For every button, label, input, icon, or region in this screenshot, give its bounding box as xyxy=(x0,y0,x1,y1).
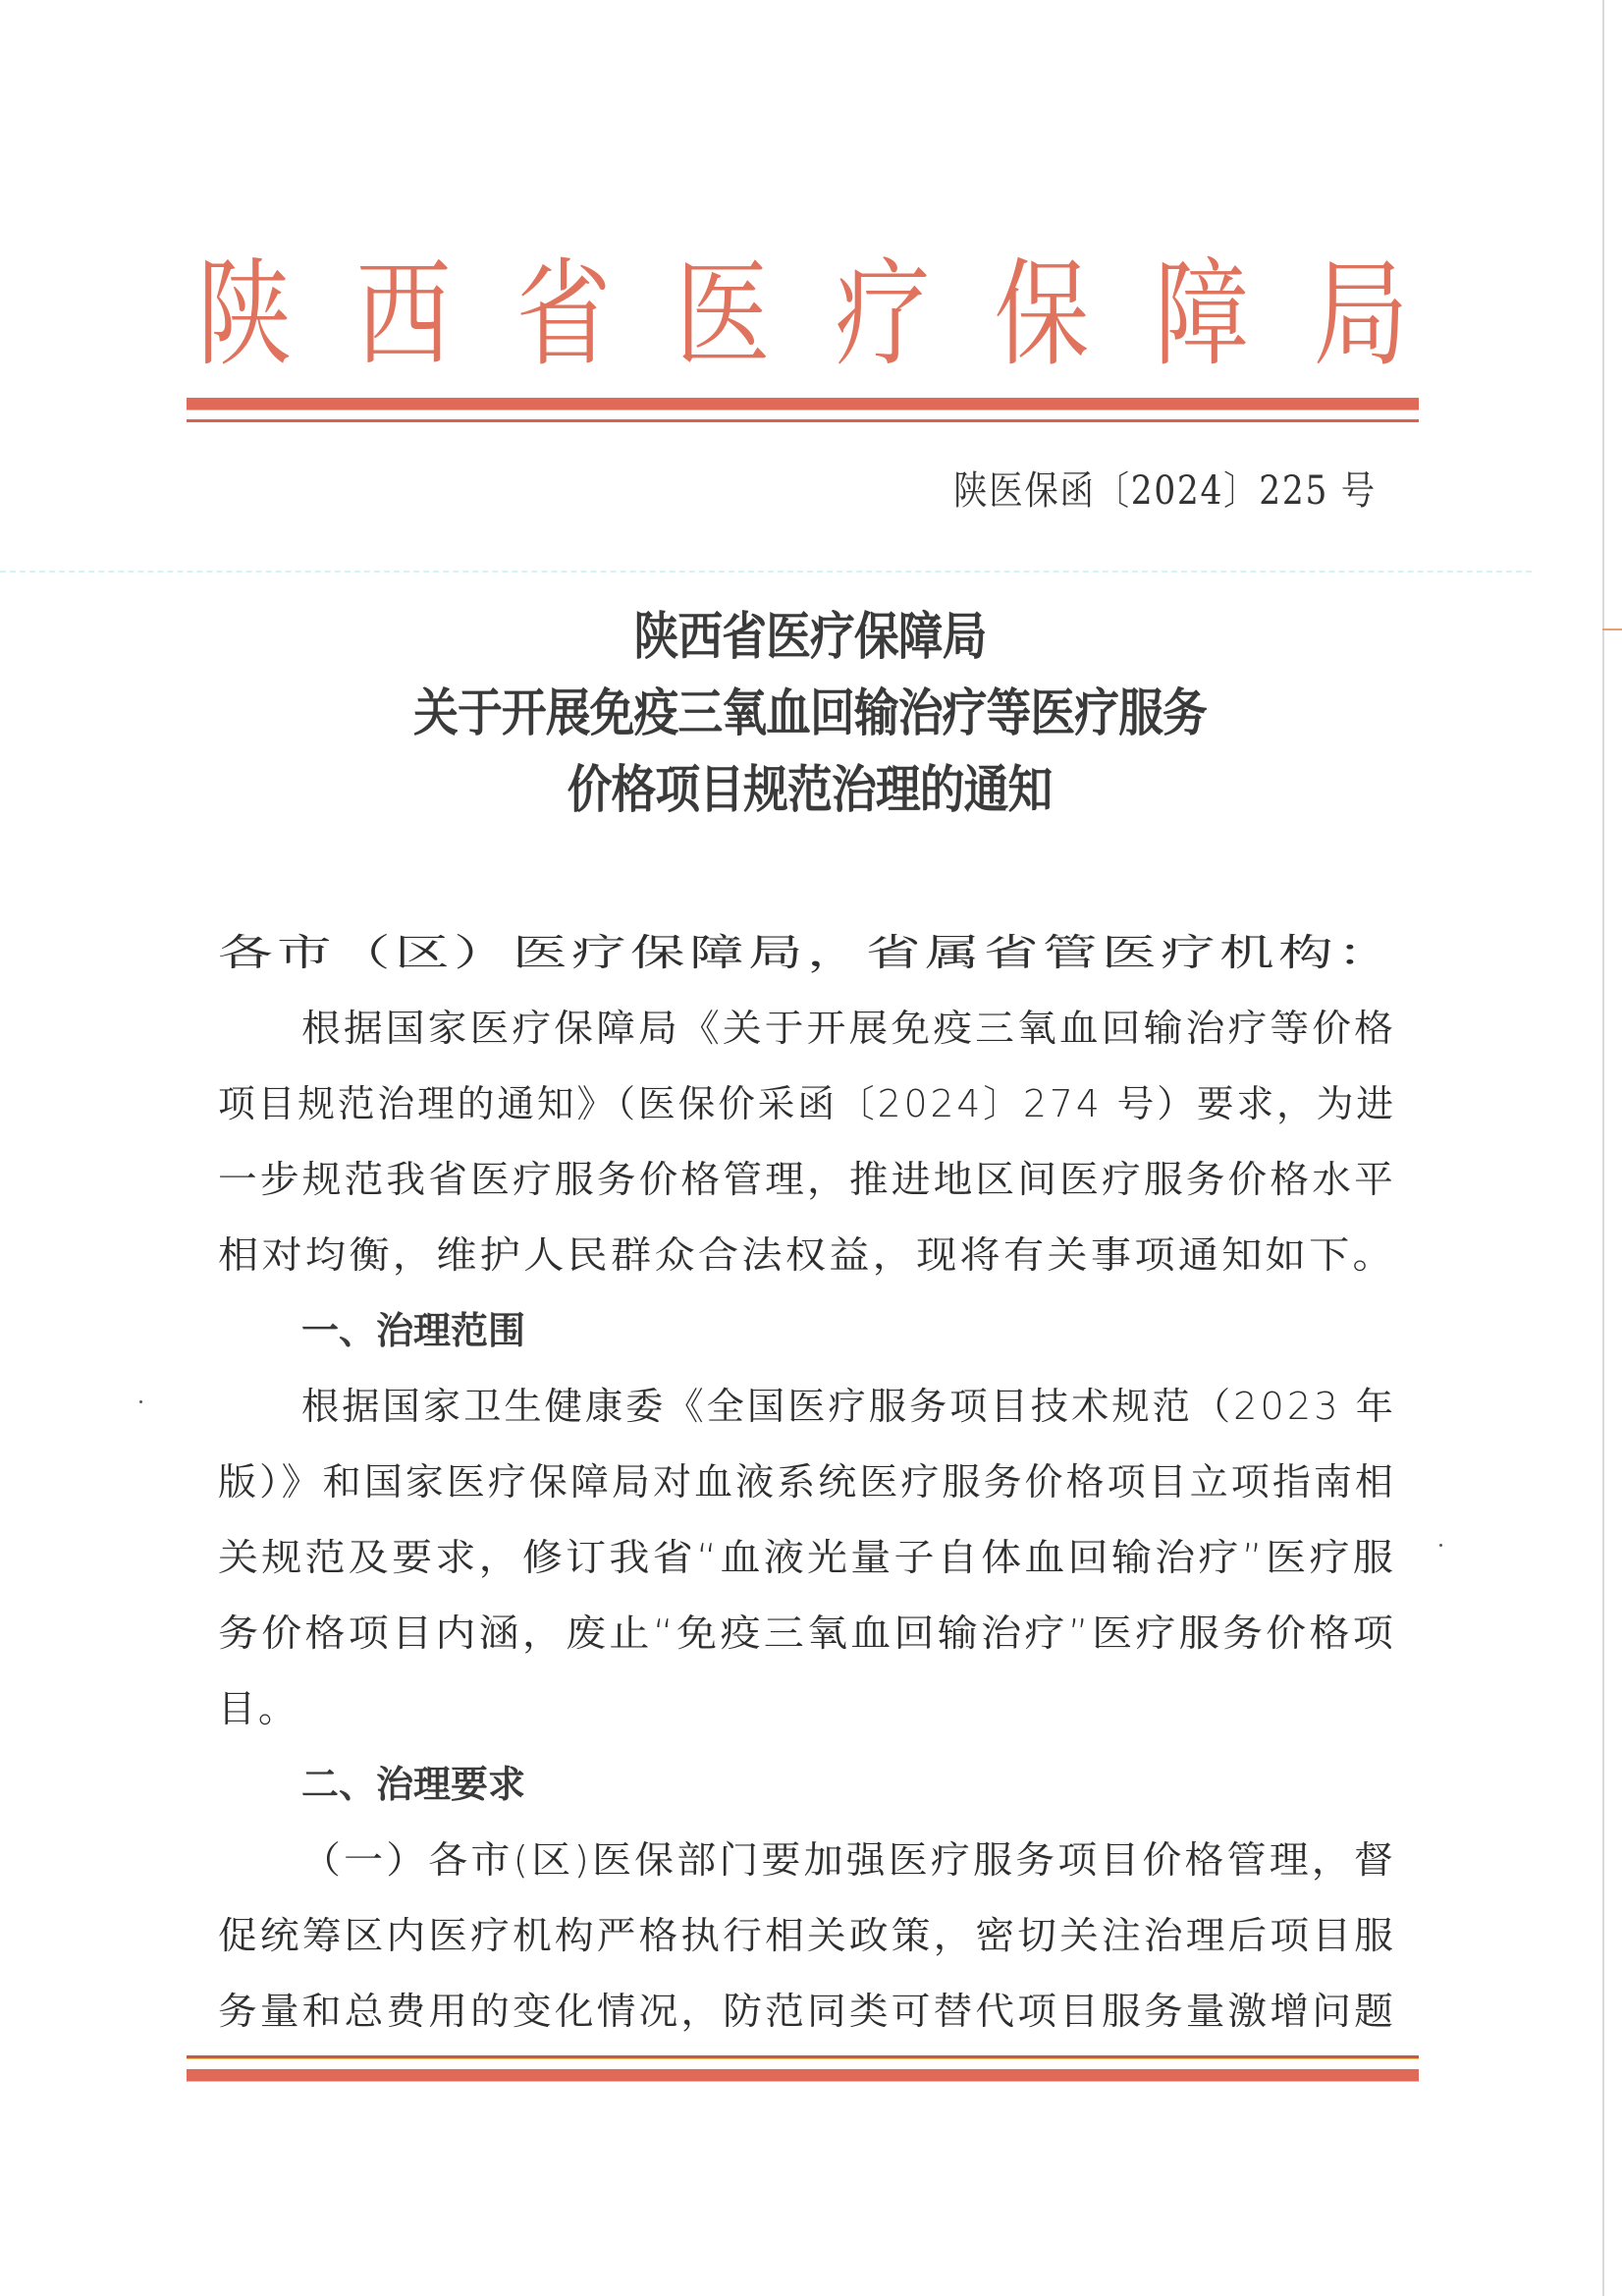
body-line: 相对均衡，维护人民群众合法权益，现将有关事项通知如下。 xyxy=(218,1218,1396,1293)
salutation: 各市（区）医疗保障局，省属省管医疗机构： xyxy=(218,915,1396,991)
title-line-text: 陕西省医疗保障局 xyxy=(633,599,986,676)
body-line: 务量和总费用的变化情况，防范同类可替代项目服务量激增问题 xyxy=(218,1974,1396,2050)
body-line-text: 一步规范我省医疗服务价格管理，推进地区间医疗服务价格水平 xyxy=(218,1142,1396,1218)
masthead: 陕 西 省 医 疗 保 障 局 xyxy=(187,246,1419,383)
document-page: 陕 西 省 医 疗 保 障 局 陕医保函〔2024〕225 号 陕西省医疗保障局… xyxy=(0,0,1622,2296)
body-line-text: 关规范及要求，修订我省“血液光量子自体血回输治疗”医疗服 xyxy=(218,1520,1396,1596)
footer-rule-thin xyxy=(187,2055,1419,2058)
scan-artifact-line xyxy=(0,571,1532,573)
title-line: 价格项目规范治理的通知 xyxy=(177,752,1443,829)
body-line-text: 项目规范治理的通知》（医保价采函〔2024〕274 号）要求，为进 xyxy=(218,1066,1396,1142)
section-heading-scope: 一、治理范围 xyxy=(218,1293,1396,1369)
section-heading-text: 二、治理要求 xyxy=(301,1747,525,1823)
masthead-char: 医 xyxy=(676,246,771,383)
section-heading-text: 一、治理范围 xyxy=(301,1293,525,1369)
body-line: 关规范及要求，修订我省“血液光量子自体血回输治疗”医疗服 xyxy=(218,1520,1396,1596)
body-line: 一步规范我省医疗服务价格管理，推进地区间医疗服务价格水平 xyxy=(218,1142,1396,1218)
scan-edge-mark xyxy=(1602,629,1622,630)
scan-speck xyxy=(1439,1544,1442,1547)
body-line: 根据国家医疗保障局《关于开展免疫三氧血回输治疗等价格 xyxy=(218,991,1396,1066)
body-line: 项目规范治理的通知》（医保价采函〔2024〕274 号）要求，为进 xyxy=(218,1066,1396,1142)
title-line-text: 价格项目规范治理的通知 xyxy=(568,752,1053,829)
scan-speck xyxy=(139,1400,142,1403)
body-line-text: 促统筹区内医疗机构严格执行相关政策，密切关注治理后项目服 xyxy=(218,1898,1396,1974)
masthead-char: 障 xyxy=(1154,246,1249,383)
footer-rule-thick xyxy=(187,2069,1419,2081)
body-line-text: （一）各市(区)医保部门要加强医疗服务项目价格管理，督 xyxy=(301,1823,1396,1898)
body-line-text: 务量和总费用的变化情况，防范同类可替代项目服务量激增问题 xyxy=(218,1974,1396,2050)
body-line-text: 根据国家卫生健康委《全国医疗服务项目技术规范（2023 年 xyxy=(301,1369,1396,1445)
section-heading-requirements: 二、治理要求 xyxy=(218,1747,1396,1823)
body-line: 根据国家卫生健康委《全国医疗服务项目技术规范（2023 年 xyxy=(218,1369,1396,1445)
header-rule-thin xyxy=(187,419,1419,422)
masthead-char: 局 xyxy=(1314,246,1409,383)
title-line: 关于开展免疫三氧血回输治疗等医疗服务 xyxy=(177,676,1443,752)
masthead-char: 陕 xyxy=(197,246,293,383)
body-line: 版）》和国家医疗保障局对血液系统医疗服务价格项目立项指南相 xyxy=(218,1445,1396,1520)
title-line: 陕西省医疗保障局 xyxy=(177,599,1443,676)
body-line: （一）各市(区)医保部门要加强医疗服务项目价格管理，督 xyxy=(218,1823,1396,1898)
body-line-text: 根据国家医疗保障局《关于开展免疫三氧血回输治疗等价格 xyxy=(301,991,1396,1066)
document-body: 各市（区）医疗保障局，省属省管医疗机构： 根据国家医疗保障局《关于开展免疫三氧血… xyxy=(218,915,1396,2050)
body-line-text: 版）》和国家医疗保障局对血液系统医疗服务价格项目立项指南相 xyxy=(218,1445,1396,1520)
header-rule-thick xyxy=(187,398,1419,410)
scan-edge-line xyxy=(1602,0,1604,2296)
body-line-text: 务价格项目内涵，废止“免疫三氧血回输治疗”医疗服务价格项 xyxy=(218,1596,1396,1671)
masthead-char: 保 xyxy=(995,246,1090,383)
title-line-text: 关于开展免疫三氧血回输治疗等医疗服务 xyxy=(413,676,1207,752)
body-line-text: 目。 xyxy=(218,1671,298,1747)
body-line-text: 相对均衡，维护人民群众合法权益，现将有关事项通知如下。 xyxy=(218,1218,1396,1293)
body-line: 促统筹区内医疗机构严格执行相关政策，密切关注治理后项目服 xyxy=(218,1898,1396,1974)
body-line: 目。 xyxy=(218,1671,1396,1747)
masthead-char: 疗 xyxy=(835,246,930,383)
masthead-char: 西 xyxy=(356,246,452,383)
salutation-text: 各市（区）医疗保障局，省属省管医疗机构： xyxy=(218,915,1396,991)
body-line: 务价格项目内涵，废止“免疫三氧血回输治疗”医疗服务价格项 xyxy=(218,1596,1396,1671)
masthead-char: 省 xyxy=(515,246,611,383)
document-title: 陕西省医疗保障局 关于开展免疫三氧血回输治疗等医疗服务 价格项目规范治理的通知 xyxy=(177,599,1443,829)
document-number: 陕医保函〔2024〕225 号 xyxy=(953,462,1377,520)
